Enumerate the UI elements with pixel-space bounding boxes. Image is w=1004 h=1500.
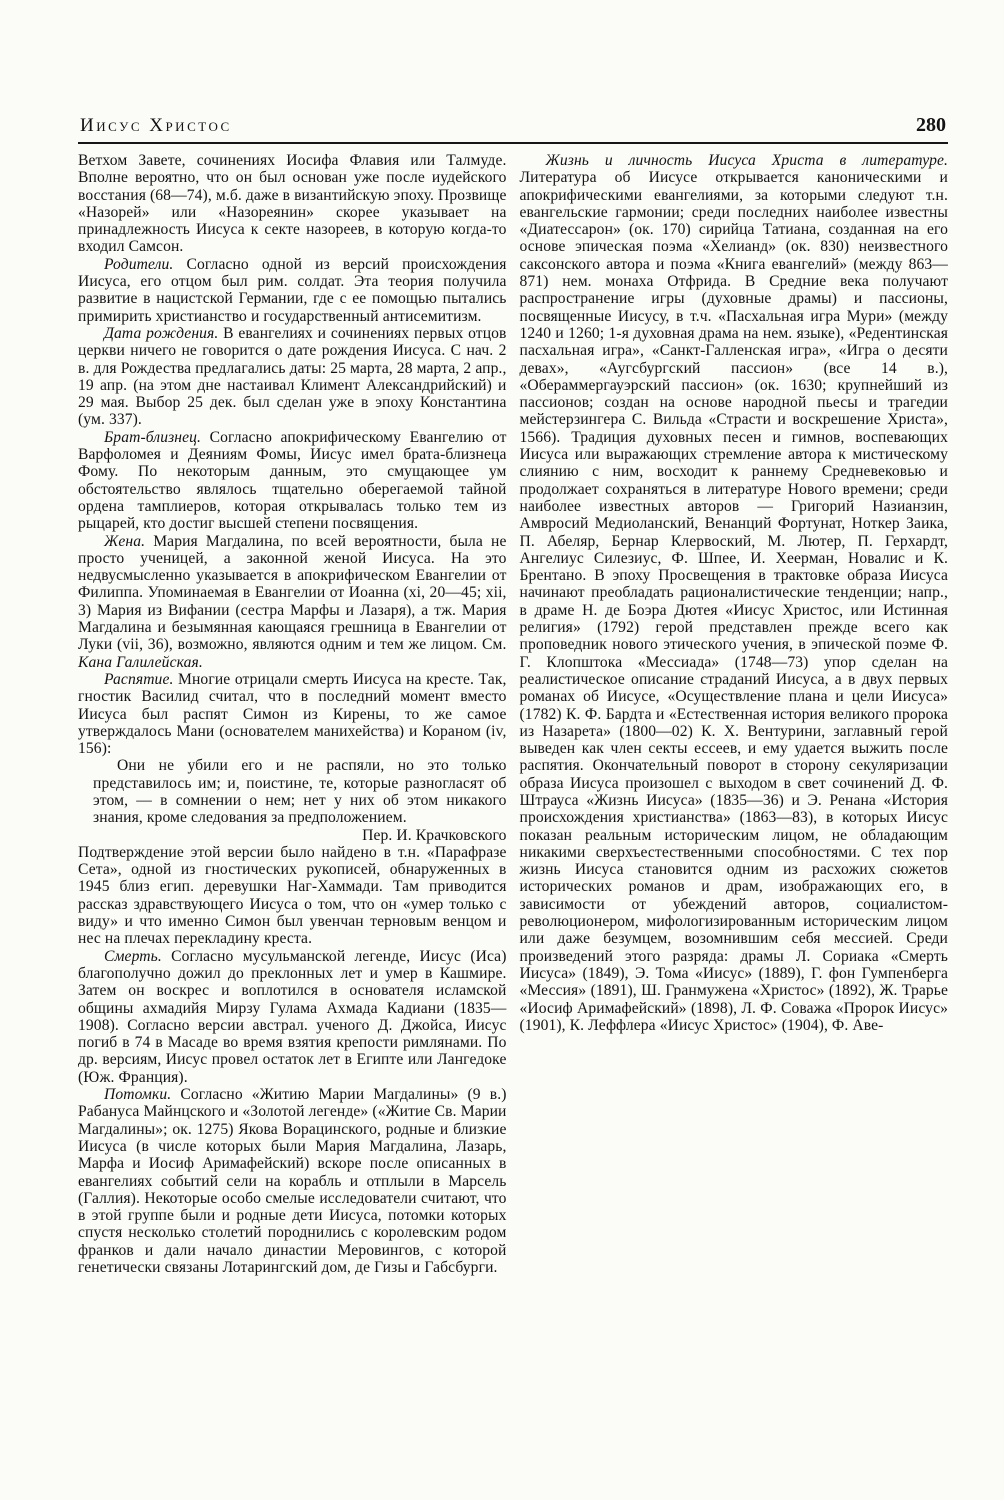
paragraph-text: Литература об Иисусе открывается канонич… xyxy=(520,169,949,1034)
paragraph-lead: Жизнь и личность Иисуса Христа в литерат… xyxy=(546,152,949,169)
paragraph-potomki: Потомки. Согласно «Житию Марии Магдалины… xyxy=(78,1086,507,1276)
paragraph-roditeli: Родители. Согласно одной из версий проис… xyxy=(78,256,507,325)
paragraph-zhena: Жена. Мария Магдалина, по всей вероятнос… xyxy=(78,533,507,671)
paragraph-lead: Смерть. xyxy=(104,948,162,965)
scanned-book-page: Иисус Христос 280 Ветхом Завете, сочинен… xyxy=(0,0,1004,1500)
quote-attribution: Пер. И. Крачковского xyxy=(78,827,507,844)
paragraph-lead: Брат-близнец. xyxy=(104,429,201,446)
paragraph-lead: Распятие. xyxy=(104,671,173,688)
paragraph-lead: Родители. xyxy=(104,256,173,273)
page-header: Иисус Христос 280 xyxy=(78,114,948,144)
paragraph-continuation: Ветхом Завете, сочинениях Иосифа Флавия … xyxy=(78,152,507,256)
paragraph-podtverzhdenie: Подтверждение этой версии было найдено в… xyxy=(78,844,507,948)
page-number: 280 xyxy=(916,114,946,137)
blockquote-koran: Они не убили его и не распяли, но это то… xyxy=(93,757,507,826)
paragraph-brat-bliznec: Брат-близнец. Согласно апокрифическому Е… xyxy=(78,429,507,533)
left-column: Ветхом Завете, сочинениях Иосифа Флавия … xyxy=(78,152,507,1276)
paragraph-text: Согласно «Житию Марии Магдалины» (9 в.) … xyxy=(78,1086,507,1276)
paragraph-text: Подтверждение этой версии было найдено в… xyxy=(78,844,507,947)
blockquote-text: Они не убили его и не распяли, но это то… xyxy=(93,757,507,826)
paragraph-lead: Дата рождения. xyxy=(104,325,218,342)
paragraph-data-rozhdeniya: Дата рождения. В евангелиях и сочинениях… xyxy=(78,325,507,429)
paragraph-text: Мария Магдалина, по всей вероятности, бы… xyxy=(78,533,507,654)
paragraph-text: Согласно мусульманской легенде, Иисус (И… xyxy=(78,948,507,1086)
paragraph-smert: Смерть. Согласно мусульманской легенде, … xyxy=(78,948,507,1086)
right-column: Жизнь и личность Иисуса Христа в литерат… xyxy=(520,152,949,1276)
article-columns: Ветхом Завете, сочинениях Иосифа Флавия … xyxy=(78,152,948,1276)
paragraph-literatura: Жизнь и личность Иисуса Христа в литерат… xyxy=(520,152,949,1034)
paragraph-raspyatie: Распятие. Многие отрицали смерть Иисуса … xyxy=(78,671,507,757)
paragraph-lead: Потомки. xyxy=(104,1086,171,1103)
paragraph-cross-reference: Кана Галилейская. xyxy=(78,654,203,671)
running-title: Иисус Христос xyxy=(80,115,232,137)
paragraph-text: Ветхом Завете, сочинениях Иосифа Флавия … xyxy=(78,152,507,255)
paragraph-lead: Жена. xyxy=(104,533,145,550)
